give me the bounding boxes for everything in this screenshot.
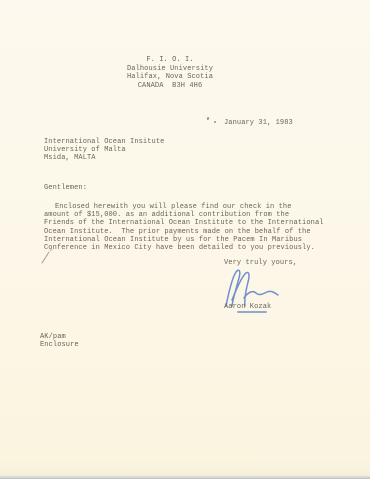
- letter-body: Enclosed herewith you will please find o…: [44, 203, 344, 252]
- scan-edge-shadow: [0, 475, 370, 479]
- signature-underline: [237, 311, 267, 313]
- scanned-letter-page: F. I. O. I. Dalhousie University Halifax…: [0, 0, 370, 479]
- body-line: Ocean Institute. The prior payments made…: [44, 228, 344, 236]
- letterhead-org: F. I. O. I.: [0, 56, 340, 65]
- body-line: Enclosed herewith you will please find o…: [44, 203, 344, 211]
- salutation: Gentlemen:: [44, 184, 87, 192]
- body-line: Friends of the International Ocean Insti…: [44, 219, 344, 227]
- letter-date: January 31, 1983: [224, 119, 293, 127]
- body-line: amount of $15,000. as an additional cont…: [44, 211, 344, 219]
- reference-initials: AK/pam: [40, 333, 79, 341]
- recipient-line: International Ocean Insitute: [44, 138, 164, 146]
- ink-speck: [207, 117, 210, 120]
- enclosure-note: Enclosure: [40, 341, 79, 349]
- reference-block: AK/pam Enclosure: [40, 333, 79, 349]
- recipient-line: University of Malta: [44, 146, 164, 154]
- body-line: International Ocean Institute by us for …: [44, 236, 344, 244]
- recipient-address: International Ocean Insitute University …: [44, 138, 164, 163]
- ink-speck: [214, 121, 217, 124]
- signer-name: Aaron Kozak: [224, 303, 271, 311]
- letterhead-country-postal: CANADA B3H 4H6: [0, 82, 340, 91]
- letterhead: F. I. O. I. Dalhousie University Halifax…: [0, 56, 340, 90]
- letterhead-city: Halifax, Nova Scotia: [0, 73, 340, 82]
- recipient-line: Msida, MALTA: [44, 154, 164, 162]
- body-line: Conference in Mexico City have been deta…: [44, 244, 344, 252]
- letterhead-institution: Dalhousie University: [0, 65, 340, 74]
- pencil-mark: [38, 249, 58, 265]
